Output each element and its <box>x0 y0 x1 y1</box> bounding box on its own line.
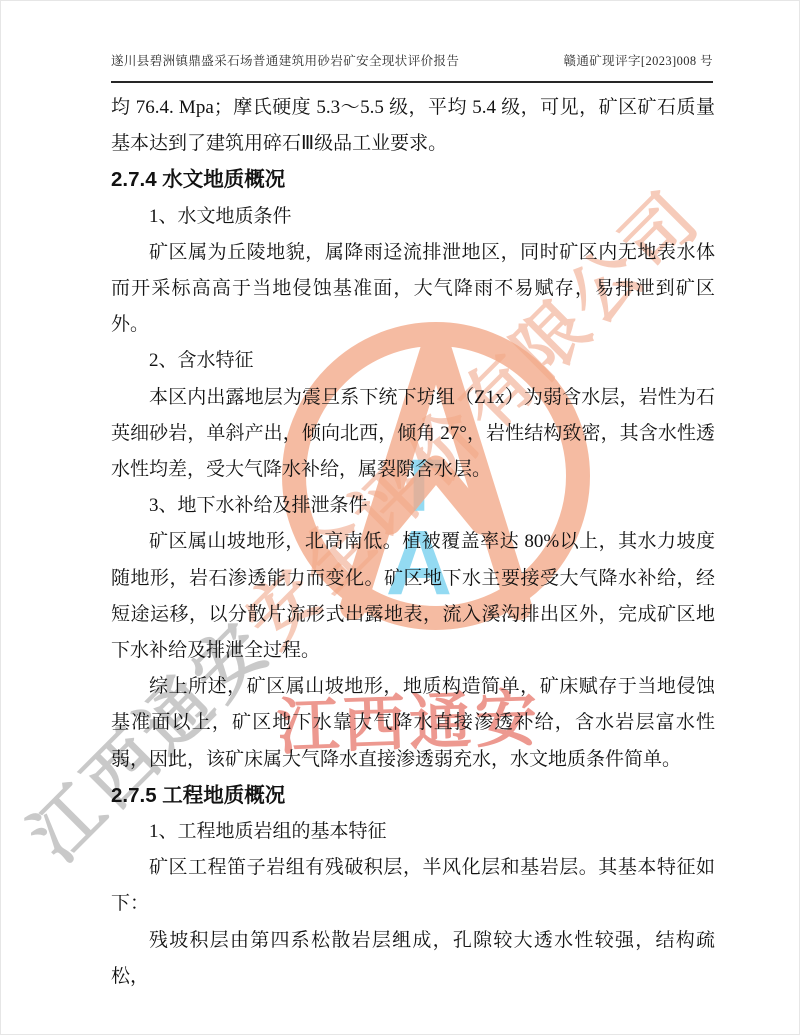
header-report-title: 遂川县碧洲镇鼎盛采石场普通建筑用砂岩矿安全现状评价报告 <box>111 51 459 69</box>
document-page: 江西通安 安全评价有限公司 T A 江西通安 遂川县碧洲镇鼎盛采石场普通建筑用砂… <box>0 0 800 1035</box>
paragraph: 综上所述，矿区属山坡地形，地质构造简单，矿床赋存于当地侵蚀基准面以上，矿区地下水… <box>111 669 715 778</box>
document-body: 均 76.4. Mpa；摩氏硬度 5.3～5.5 级，平均 5.4 级，可见，矿… <box>111 90 715 995</box>
section-heading: 2.7.5 工程地质概况 <box>111 778 715 814</box>
header-document-number: 赣通矿现评字[2023]008 号 <box>563 51 713 69</box>
paragraph: 2、含水特征 <box>111 343 715 379</box>
page-number: 31 <box>394 929 407 944</box>
paragraph: 3、地下水补给及排泄条件 <box>111 488 715 524</box>
header-rule <box>111 81 713 83</box>
paragraph: 1、水文地质条件 <box>111 199 715 235</box>
paragraph: 矿区工程笛子岩组有残破积层，半风化层和基岩层。其基本特征如下： <box>111 850 715 922</box>
paragraph: 矿区属为丘陵地貌，属降雨迳流排泄地区，同时矿区内无地表水体而开采标高高于当地侵蚀… <box>111 235 715 344</box>
paragraph: 均 76.4. Mpa；摩氏硬度 5.3～5.5 级，平均 5.4 级，可见，矿… <box>111 90 715 162</box>
paragraph: 1、工程地质岩组的基本特征 <box>111 814 715 850</box>
page-header: 遂川县碧洲镇鼎盛采石场普通建筑用砂岩矿安全现状评价报告 赣通矿现评字[2023]… <box>111 51 713 69</box>
paragraph: 本区内出露地层为震旦系下统下坊组（Z1x）为弱含水层，岩性为石英细砂岩，单斜产出… <box>111 380 715 489</box>
paragraph: 矿区属山坡地形，北高南低。植被覆盖率达 80%以上，其水力坡度随地形，岩石渗透能… <box>111 524 715 669</box>
section-heading: 2.7.4 水文地质概况 <box>111 162 715 198</box>
page-footer: 31 <box>1 929 799 945</box>
